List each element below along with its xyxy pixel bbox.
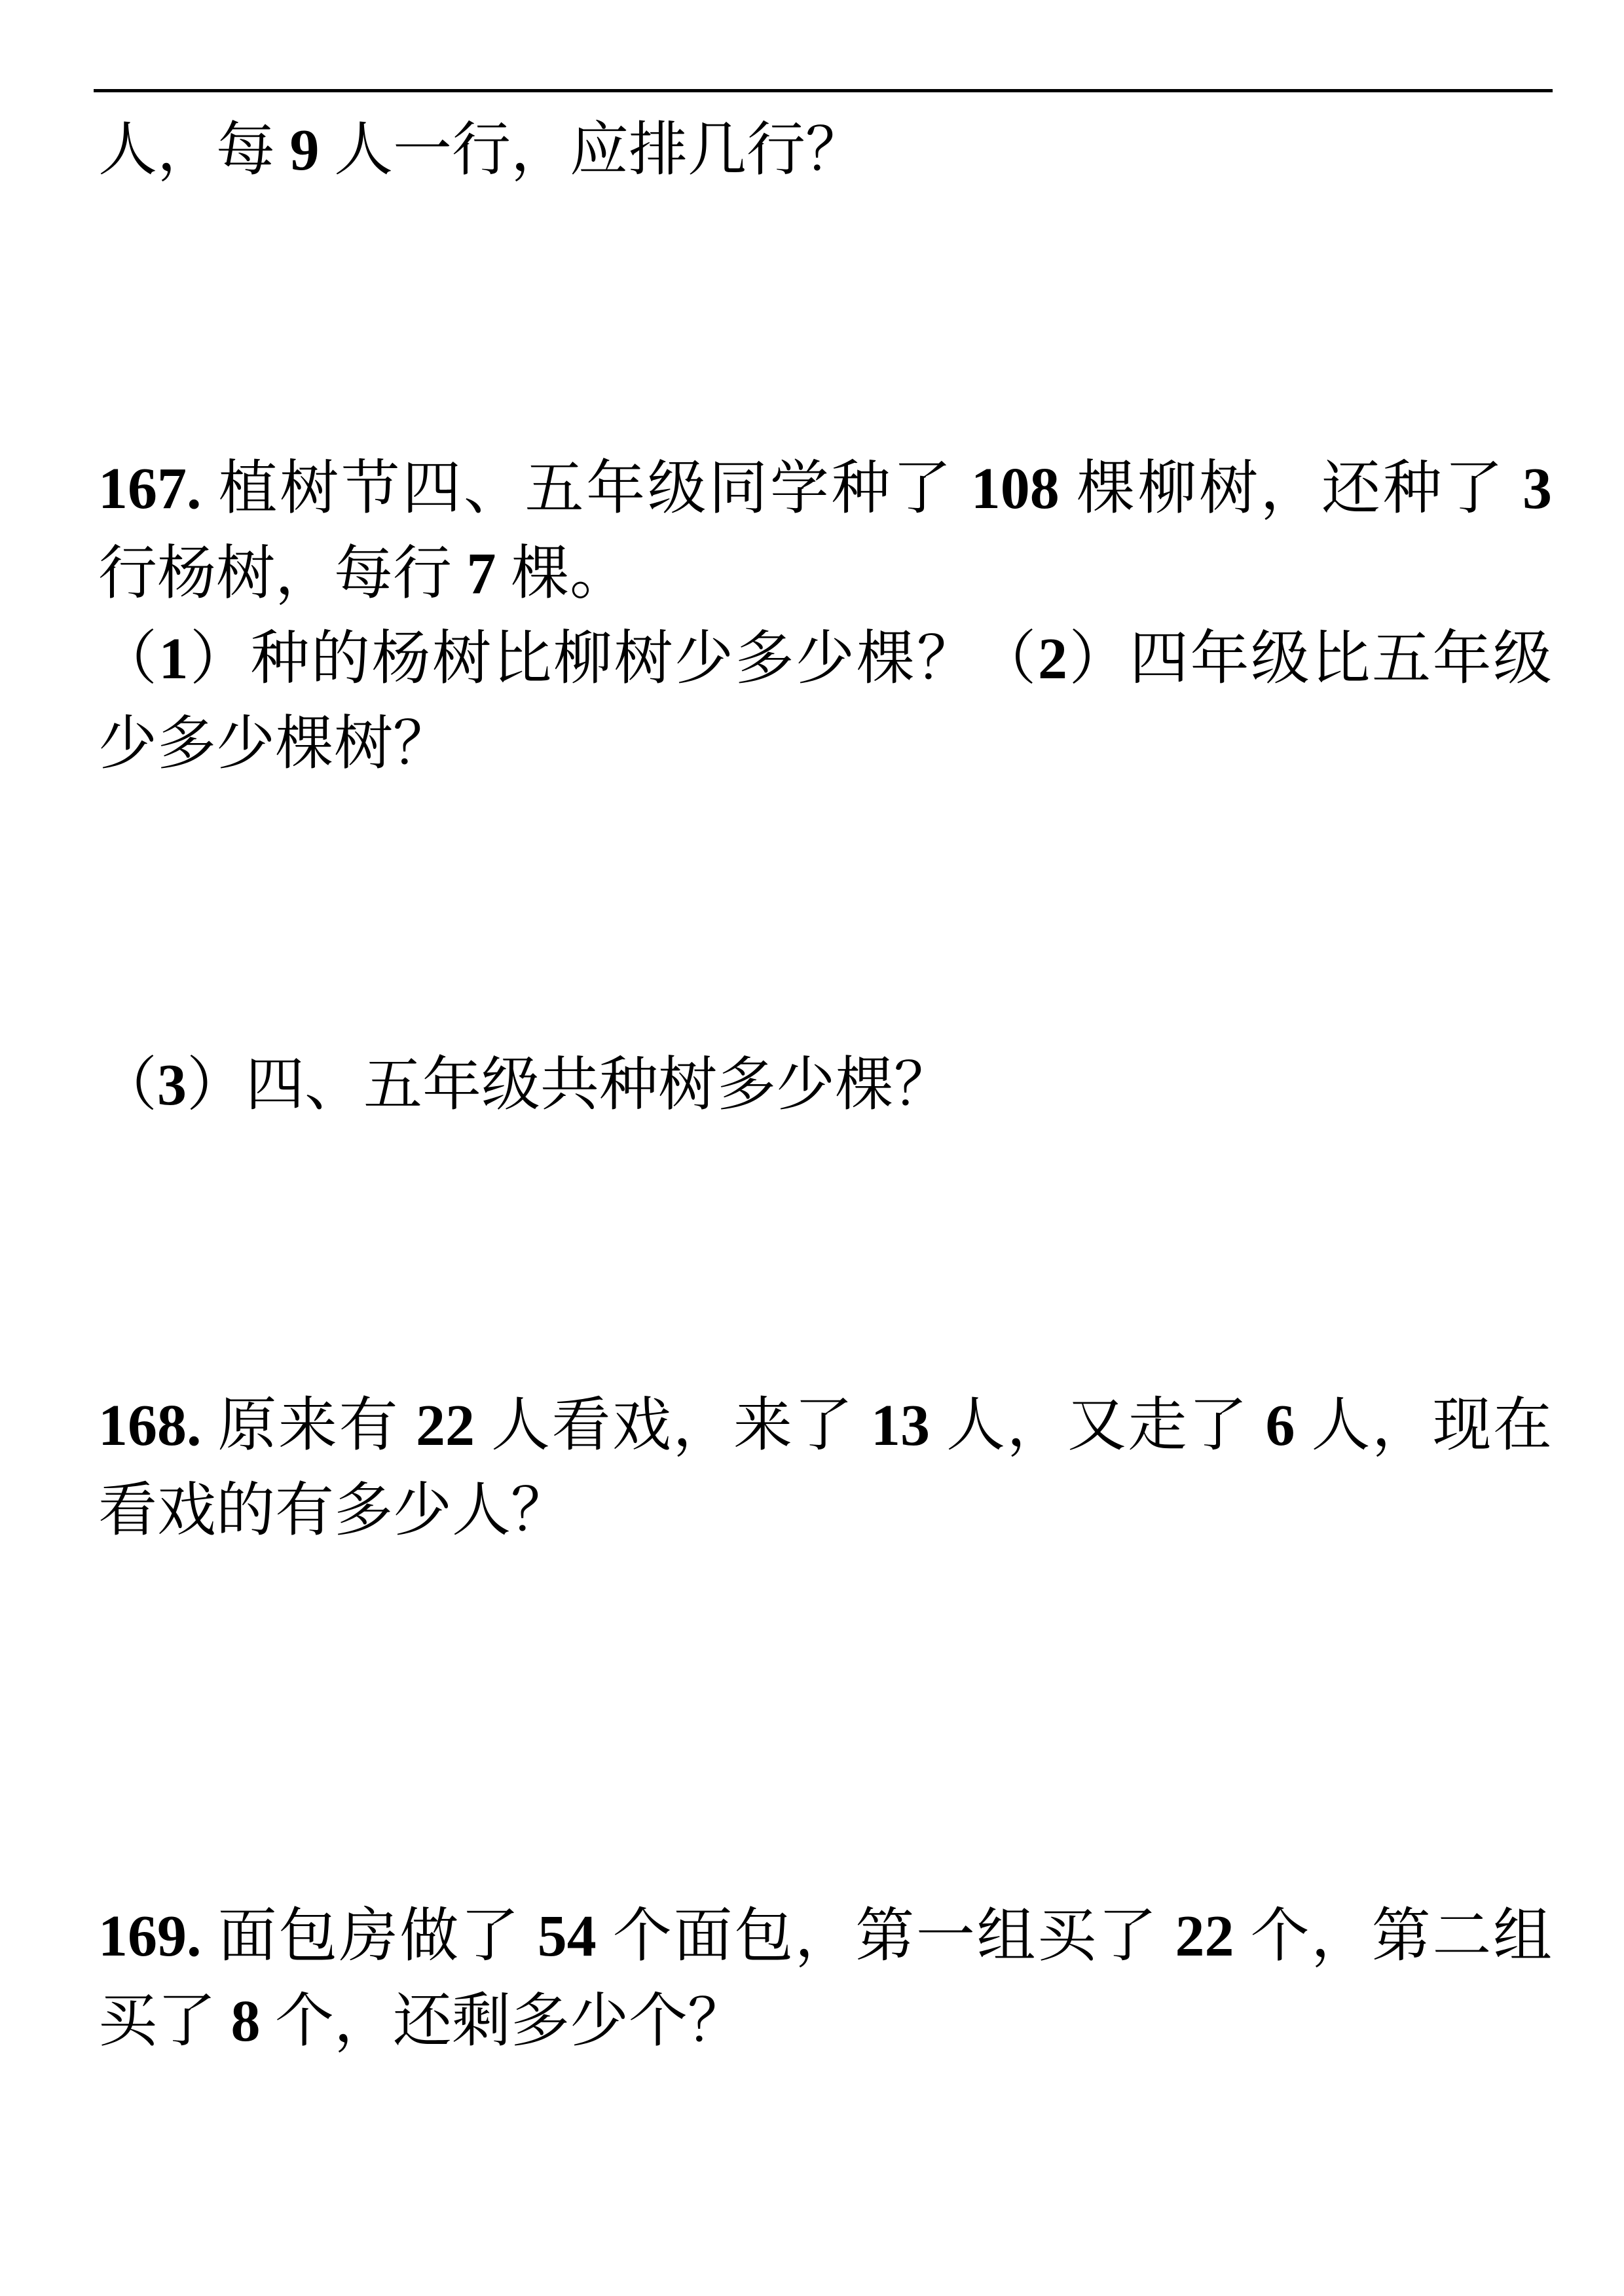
text-run: 人，现在 [1295,1393,1553,1458]
text-run: 个面包，第一组买了 [597,1904,1175,1969]
text-line: 行杨树，每行 7 棵。 [98,532,1552,617]
text-run: ）四、五年级共种树多少棵？ [187,1053,953,1118]
text-line: 167. 植树节四、五年级同学种了 108 棵柳树，还种了 3 [98,446,1552,532]
text-run: 人，每 [98,118,290,183]
text-run: 人看戏，来了 [475,1393,871,1458]
problem-166-continuation: 人，每 9 人一行，应排几行？ [98,108,1552,193]
text-line: 人，每 9 人一行，应排几行？ [98,108,1552,193]
text-line: 169. 面包房做了 54 个面包，第一组买了 22 个，第二组 [98,1894,1552,1979]
sub-number-run: 3 [157,1053,187,1118]
text-run: ）四年级比五年级 [1067,627,1552,691]
problem-number: 168. [98,1393,202,1458]
text-run: 看戏的有多少人？ [98,1478,570,1543]
problem-167-sub-3: （3）四、五年级共种树多少棵？ [98,1043,1552,1128]
sub-number-run: 1 [159,627,189,691]
problem-number: 167. [98,456,202,521]
text-run: 面包房做了 [202,1904,538,1969]
header-rule [94,89,1553,92]
text-line: 看戏的有多少人？ [98,1468,1552,1554]
number-run: 54 [538,1904,597,1969]
text-run: 少多少棵树？ [98,712,452,776]
text-run: 个，第二组 [1234,1904,1552,1969]
number-run: 13 [871,1393,930,1458]
text-line: 少多少棵树？ [98,702,1552,787]
number-run: 22 [416,1393,475,1458]
text-line: 168. 原来有 22 人看戏，来了 13 人，又走了 6 人，现在 [98,1383,1552,1468]
number-run: 3 [1522,456,1552,521]
problem-number: 169. [98,1904,202,1969]
text-line: （3）四、五年级共种树多少棵？ [98,1043,1552,1128]
text-run: 行杨树，每行 [98,541,467,606]
number-run: 9 [290,118,320,183]
problem-169: 169. 面包房做了 54 个面包，第一组买了 22 个，第二组 买了 8 个，… [98,1894,1552,2064]
text-run: 个，还剩多少个？ [261,1989,747,2054]
text-run: 人一行，应排几行？ [320,118,865,183]
number-run: 6 [1266,1393,1295,1458]
number-run: 8 [231,1989,261,2054]
text-line: （1）种的杨树比柳树少多少棵？（2）四年级比五年级 [98,617,1552,702]
text-run: 植树节四、五年级同学种了 [202,456,971,521]
text-run: 棵柳树，还种了 [1060,456,1522,521]
text-run: ）种的杨树比柳树少多少棵？（ [189,627,1039,691]
problem-168: 168. 原来有 22 人看戏，来了 13 人，又走了 6 人，现在 看戏的有多… [98,1383,1552,1554]
sub-number-run: 2 [1038,627,1067,691]
number-run: 7 [467,541,496,606]
text-line: 买了 8 个，还剩多少个？ [98,1979,1552,2064]
text-run: 原来有 [202,1393,416,1458]
worksheet-page: 人，每 9 人一行，应排几行？ 167. 植树节四、五年级同学种了 108 棵柳… [0,0,1624,2296]
problem-167-sub-1-2: （1）种的杨树比柳树少多少棵？（2）四年级比五年级 少多少棵树？ [98,617,1552,787]
problem-167: 167. 植树节四、五年级同学种了 108 棵柳树，还种了 3 行杨树，每行 7… [98,446,1552,617]
text-run: （ [98,627,159,691]
text-run: （ [98,1053,157,1118]
number-run: 22 [1175,1904,1234,1969]
text-run: 人，又走了 [930,1393,1266,1458]
text-run: 买了 [98,1989,231,2054]
number-run: 108 [971,456,1060,521]
text-run: 棵。 [496,541,629,606]
